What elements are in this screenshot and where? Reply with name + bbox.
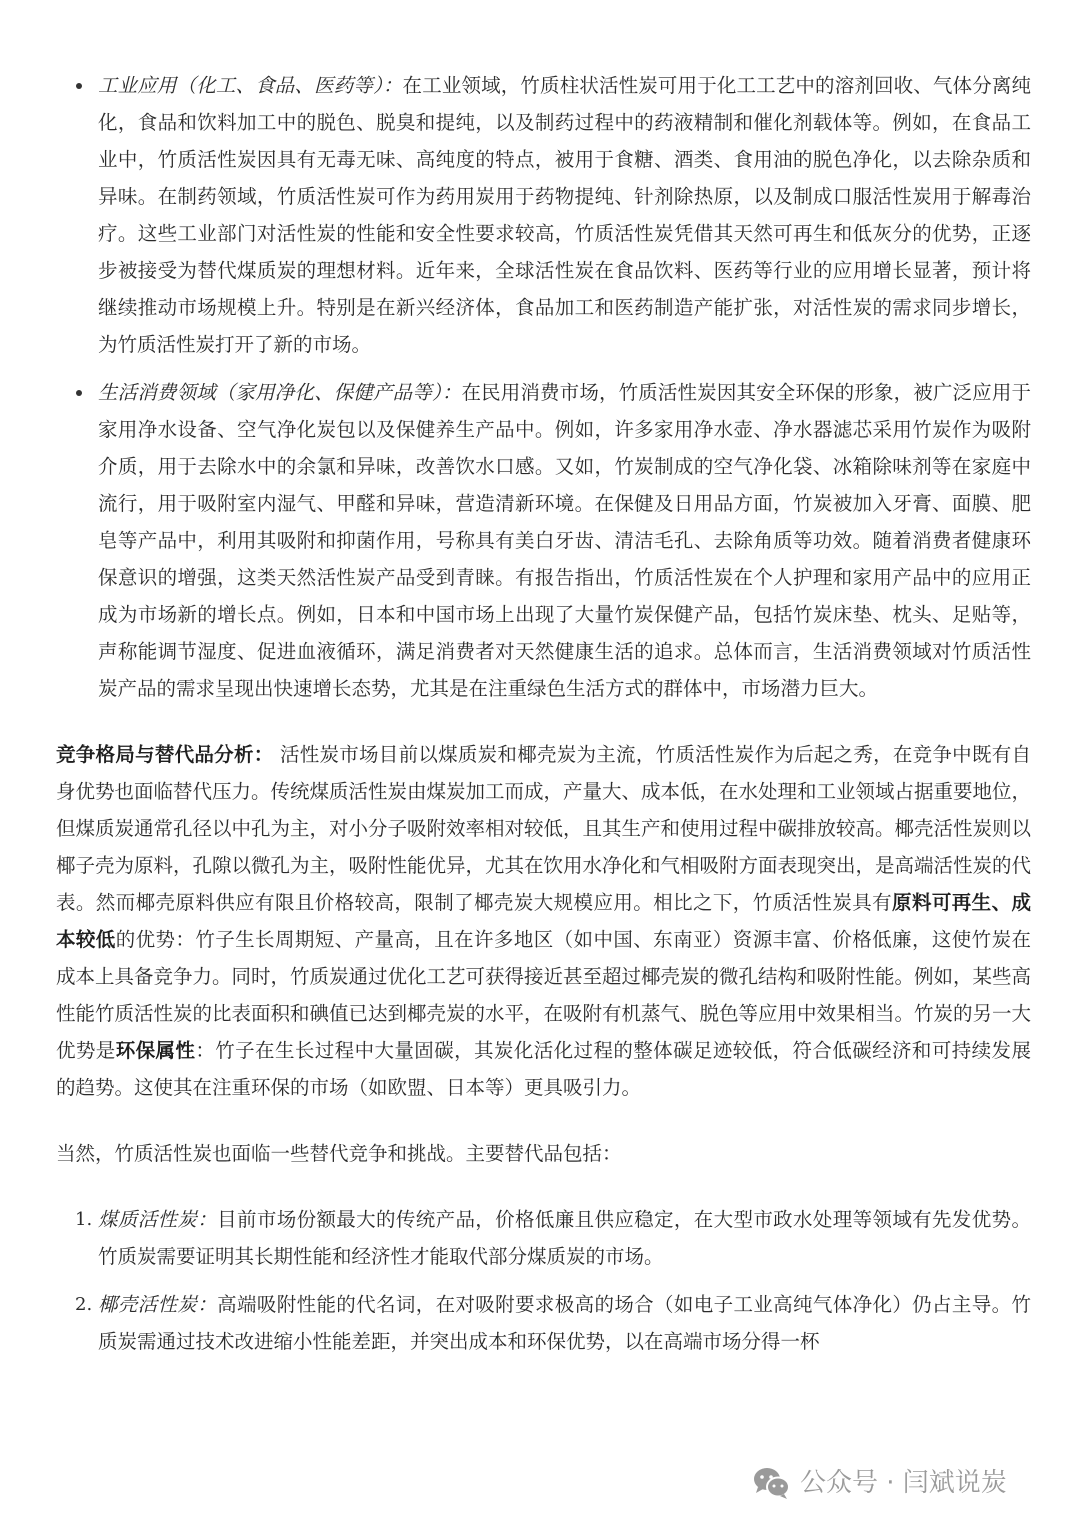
list-item-coal-carbon: 1. 煤质活性炭：目前市场份额最大的传统产品，价格低廉且供应稳定，在大型市政水处… (98, 1201, 1031, 1275)
list-item-industrial: 工业应用（化工、食品、医药等）：在工业领域，竹质柱状活性炭可用于化工工艺中的溶剂… (98, 67, 1031, 363)
section-heading: 竞争格局与替代品分析： (56, 743, 273, 766)
watermark: 公众号 · 闫斌说炭 (752, 1466, 1007, 1500)
item-text: 高端吸附性能的代名词，在对吸附要求极高的场合（如电子工业高纯气体净化）仍占主导。… (98, 1293, 1031, 1353)
item-lead: 生活消费领域（家用净化、保健产品等）： (98, 381, 461, 404)
application-list: 工业应用（化工、食品、医药等）：在工业领域，竹质柱状活性炭可用于化工工艺中的溶剂… (56, 67, 1031, 707)
item-text: 目前市场份额最大的传统产品，价格低廉且供应稳定，在大型市政水处理等领域有先发优势… (98, 1208, 1031, 1268)
list-number: 2. (75, 1286, 92, 1323)
item-lead: 工业应用（化工、食品、医药等）： (98, 74, 403, 97)
paragraph-text: ：竹子在生长过程中大量固碳，其炭化活化过程的整体碳足迹较低，符合低碳经济和可持续… (56, 1039, 1031, 1099)
watermark-text: 公众号 · 闫斌说炭 (800, 1466, 1007, 1500)
paragraph-text: 活性炭市场目前以煤质炭和椰壳炭为主流，竹质活性炭作为后起之秀，在竞争中既有自身优… (56, 743, 1031, 914)
substitutes-list: 1. 煤质活性炭：目前市场份额最大的传统产品，价格低廉且供应稳定，在大型市政水处… (56, 1201, 1031, 1360)
item-lead: 椰壳活性炭： (98, 1293, 217, 1316)
article-body: 工业应用（化工、食品、医药等）：在工业领域，竹质柱状活性炭可用于化工工艺中的溶剂… (56, 67, 1031, 1371)
wechat-icon (752, 1466, 792, 1500)
item-text: 在工业领域，竹质柱状活性炭可用于化工工艺中的溶剂回收、气体分离纯化，食品和饮料加… (98, 74, 1031, 356)
highlight-text: 环保属性 (116, 1039, 196, 1062)
item-text: 在民用消费市场，竹质活性炭因其安全环保的形象，被广泛应用于家用净水设备、空气净化… (98, 381, 1031, 700)
list-item-consumer: 生活消费领域（家用净化、保健产品等）：在民用消费市场，竹质活性炭因其安全环保的形… (98, 374, 1031, 707)
substitutes-intro: 当然，竹质活性炭也面临一些替代竞争和挑战。主要替代品包括： (56, 1135, 1031, 1172)
competition-paragraph: 竞争格局与替代品分析： 活性炭市场目前以煤质炭和椰壳炭为主流，竹质活性炭作为后起… (56, 736, 1031, 1106)
bullet-icon (76, 83, 82, 89)
list-item-coconut-carbon: 2. 椰壳活性炭：高端吸附性能的代名词，在对吸附要求极高的场合（如电子工业高纯气… (98, 1286, 1031, 1360)
list-number: 1. (75, 1201, 92, 1238)
item-lead: 煤质活性炭： (98, 1208, 217, 1231)
bullet-icon (76, 390, 82, 396)
